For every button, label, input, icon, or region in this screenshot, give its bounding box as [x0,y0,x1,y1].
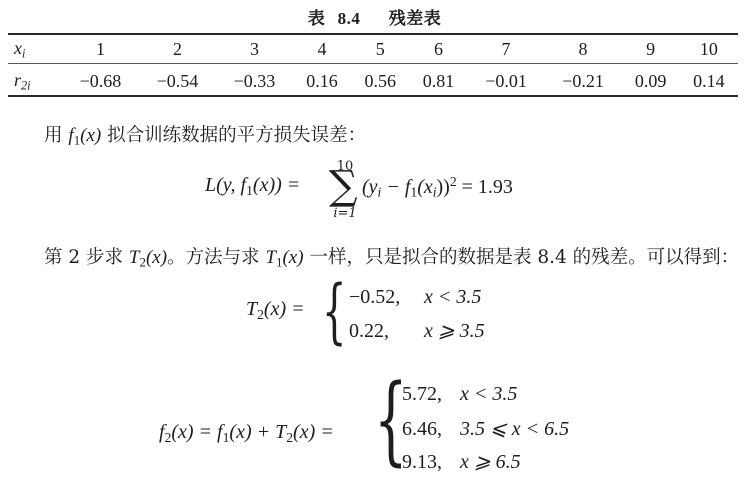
table-cell: 4 [293,36,351,63]
table-cell: −0.54 [139,63,216,97]
paragraph-step2: 第 2 步求 T2(x)。方法与求 T1(x) 一样，只是拟合的数据是表 8.4… [44,243,739,271]
t2-equation-lhs: T2(x) = [246,298,305,323]
table-cell: 0.81 [409,63,467,97]
caption-title: 残差表 [389,9,442,29]
residual-table: xi 1 2 3 4 5 6 7 8 9 10 r2i −0.68 −0.54 … [8,36,738,97]
table-cell: 8 [545,36,622,63]
caption-label: 表 [308,9,326,29]
table-top-rule [8,33,738,35]
loss-equation: L(y, f1(x)) = [205,174,300,199]
f2-case-1: 5.72,x < 3.5 [402,383,517,406]
table-cell: −0.33 [216,63,293,97]
paragraph-loss-intro: 用 f1(x) 拟合训练数据的平方损失误差： [44,121,366,149]
row-header-r: r2i [8,63,62,97]
table-cell: 9 [622,36,680,63]
table-cell: 0.09 [622,63,680,97]
t2-case-1: −0.52,x < 3.5 [349,286,481,309]
table-cell: −0.68 [62,63,139,97]
f2-equation-lhs: f2(x) = f1(x) + T2(x) = [159,421,334,446]
table-cell: 0.16 [293,63,351,97]
sum-lower-limit: i=1 [329,206,361,221]
loss-equation-body: (yi − f1(xi))2 = 1.93 [362,174,513,201]
f2-case-2: 6.46,3.5 ⩽ x < 6.5 [402,416,569,441]
row-header-x: xi [8,36,62,63]
table-row-x: xi 1 2 3 4 5 6 7 8 9 10 [8,36,738,63]
table-cell: 3 [216,36,293,63]
left-brace-icon: { [322,276,347,346]
table-caption: 表 8.4 残差表 [0,4,749,29]
f2-case-3: 9.13,x ⩾ 6.5 [402,449,521,474]
table-row-r: r2i −0.68 −0.54 −0.33 0.16 0.56 0.81 −0.… [8,63,738,97]
table-cell: −0.01 [468,63,545,97]
table-cell: 2 [139,36,216,63]
t2-case-2: 0.22,x ⩾ 3.5 [349,318,485,343]
table-cell: 5 [351,36,409,63]
table-cell: 0.14 [680,63,738,97]
table-cell: 6 [409,36,467,63]
table-cell: 10 [680,36,738,63]
summation-icon: ∑ [329,166,358,206]
table-cell: 1 [62,36,139,63]
caption-number: 8.4 [338,9,361,28]
table-cell: −0.21 [545,63,622,97]
table-cell: 7 [468,36,545,63]
table-cell: 0.56 [351,63,409,97]
